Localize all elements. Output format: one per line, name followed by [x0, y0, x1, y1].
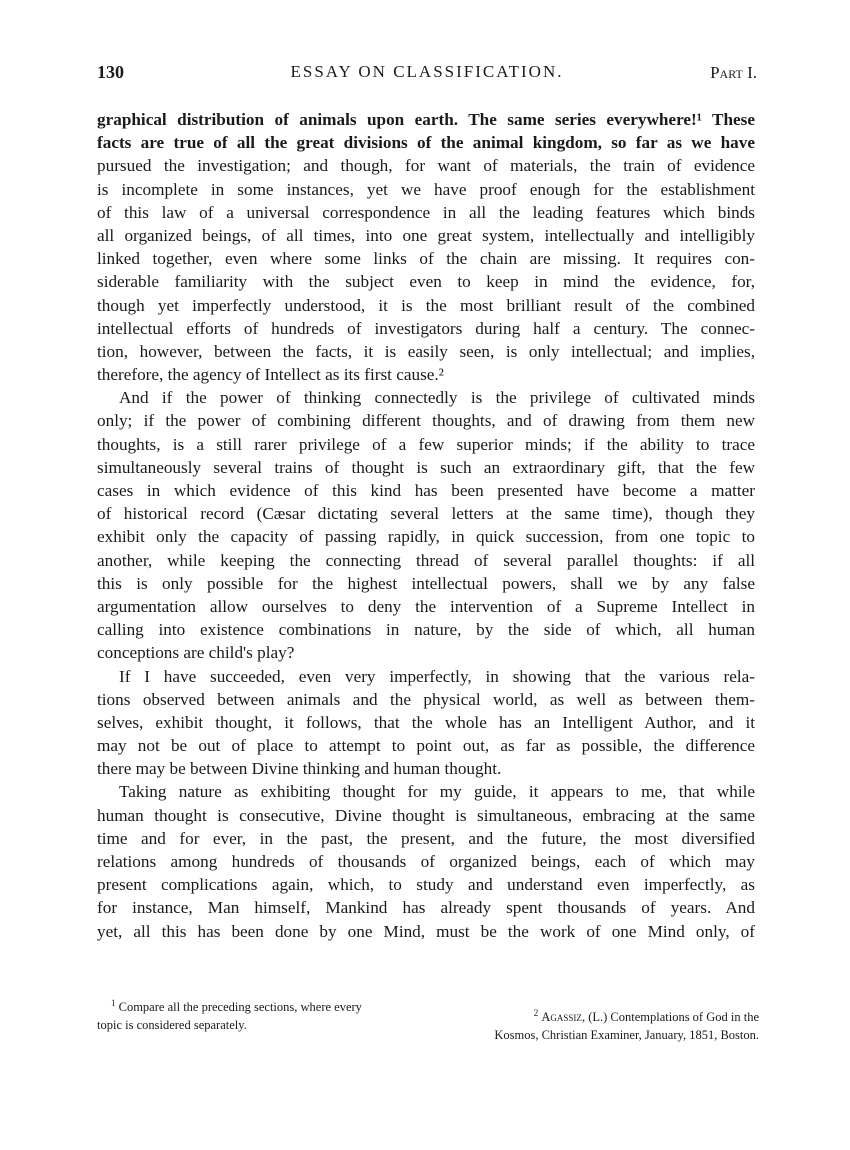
text-line: therefore, the agency of Intellect as it…: [97, 363, 755, 386]
text-line: Taking nature as exhibiting thought for …: [97, 780, 755, 803]
text-line: there may be between Divine thinking and…: [97, 757, 755, 780]
body-text: graphical distribution of animals upon e…: [97, 108, 755, 943]
text-line: for instance, Man himself, Mankind has a…: [97, 896, 755, 919]
text-line: cases in which evidence of this kind has…: [97, 479, 755, 502]
text-line: graphical distribution of animals upon e…: [97, 108, 755, 131]
text-line: time and for ever, in the past, the pres…: [97, 827, 755, 850]
text-line: calling into existence combinations in n…: [97, 618, 755, 641]
text-line: relations among hundreds of thousands of…: [97, 850, 755, 873]
paragraph-4: Taking nature as exhibiting thought for …: [97, 780, 755, 942]
text-line: exhibit only the capacity of passing rap…: [97, 525, 755, 548]
text-line: linked together, even where some links o…: [97, 247, 755, 270]
text-line: simultaneously several trains of thought…: [97, 456, 755, 479]
text-line: another, while keeping the connecting th…: [97, 549, 755, 572]
text-line: may not be out of place to attempt to po…: [97, 734, 755, 757]
text-line: present complications again, which, to s…: [97, 873, 755, 896]
text-line: pursued the investigation; and though, f…: [97, 154, 755, 177]
footnote-text: topic is considered separately.: [97, 1018, 247, 1032]
footnote-2: 2 Agassiz, (L.) Contemplations of God in…: [419, 1008, 759, 1044]
paragraph-3: If I have succeeded, even very imperfect…: [97, 665, 755, 781]
text-line: this is only possible for the highest in…: [97, 572, 755, 595]
text-line: selves, exhibit thought, it follows, tha…: [97, 711, 755, 734]
text-line: tions observed between animals and the p…: [97, 688, 755, 711]
text-line: is incomplete in some instances, yet we …: [97, 178, 755, 201]
text-line: human thought is consecutive, Divine tho…: [97, 804, 755, 827]
footnote-text: Compare all the preceding sections, wher…: [119, 1000, 362, 1014]
paragraph-2: And if the power of thinking connectedly…: [97, 386, 755, 664]
text-line: facts are true of all the great division…: [97, 131, 755, 154]
part-label: Part I.: [710, 63, 757, 83]
text-line: And if the power of thinking connectedly…: [97, 386, 755, 409]
text-line: of this law of a universal correspondenc…: [97, 201, 755, 224]
text-line: tion, however, between the facts, it is …: [97, 340, 755, 363]
text-line: intellectual efforts of hundreds of inve…: [97, 317, 755, 340]
text-line: of historical record (Cæsar dictating se…: [97, 502, 755, 525]
footnote-text: Kosmos, Christian Examiner, January, 185…: [494, 1028, 759, 1042]
text-line: all organized beings, of all times, into…: [97, 224, 755, 247]
running-title: ESSAY ON CLASSIFICATION.: [97, 62, 757, 82]
footnote-1: 1 Compare all the preceding sections, wh…: [97, 998, 397, 1034]
paragraph-1: graphical distribution of animals upon e…: [97, 108, 755, 386]
text-line: thoughts, is a still rarer privilege of …: [97, 433, 755, 456]
footnote-text: , (L.) Contemplations of God in the: [582, 1010, 759, 1024]
text-line: argumentation allow ourselves to deny th…: [97, 595, 755, 618]
footnote-author: Agassiz: [541, 1010, 582, 1024]
text-line: only; if the power of combining differen…: [97, 409, 755, 432]
running-head: 130 ESSAY ON CLASSIFICATION. Part I.: [97, 62, 757, 86]
text-line: though yet imperfectly understood, it is…: [97, 294, 755, 317]
footnote-marker: 2: [534, 1008, 539, 1018]
text-line: siderable familiarity with the subject e…: [97, 270, 755, 293]
footnote-marker: 1: [111, 998, 116, 1008]
text-line: If I have succeeded, even very imperfect…: [97, 665, 755, 688]
text-line: yet, all this has been done by one Mind,…: [97, 920, 755, 943]
text-line: conceptions are child's play?: [97, 641, 755, 664]
